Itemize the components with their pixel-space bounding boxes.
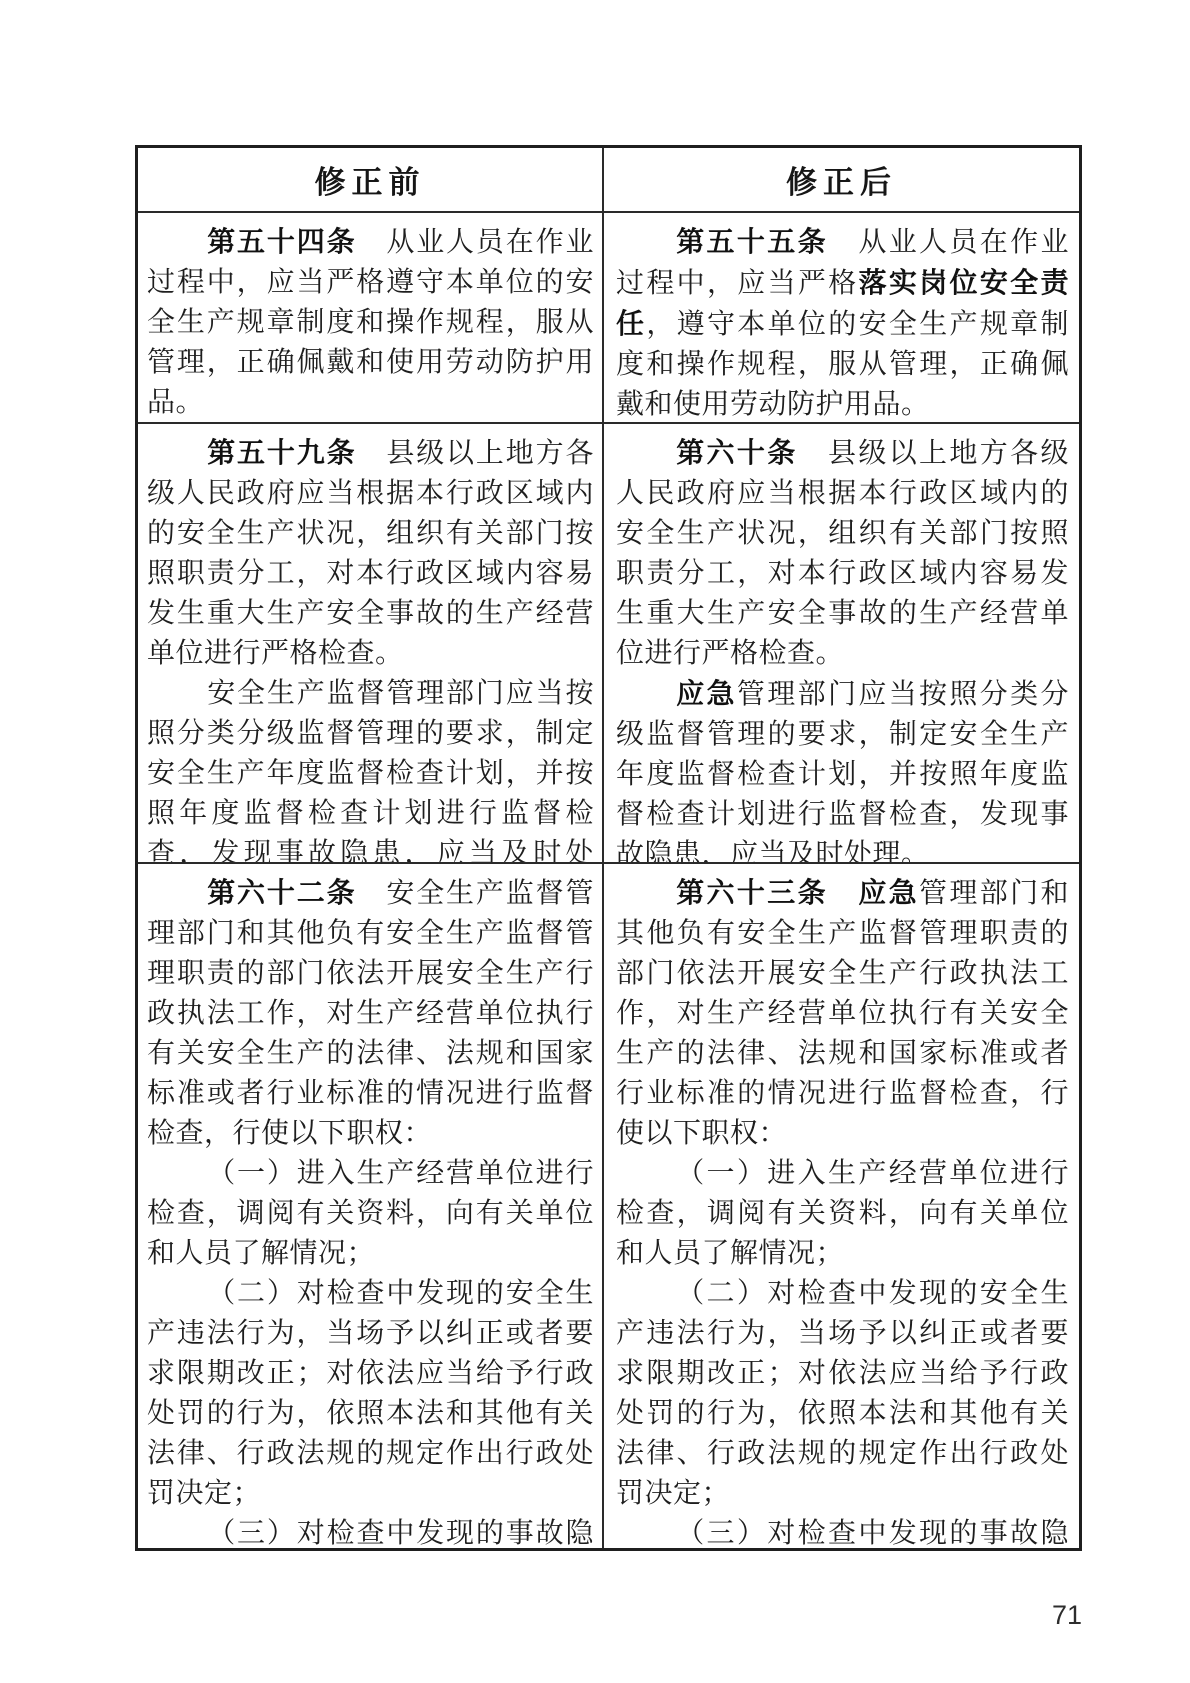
body-text: （一）进入生产经营单位进行检查，调阅有关资料，向有关单位和人员了解情况；	[616, 1158, 1069, 1269]
emphasized-text: 第五十九条	[207, 437, 356, 468]
emphasized-text: 第六十二条	[207, 877, 356, 908]
body-text: 安全生产监督管理部门应当按照分类分级监督管理的要求，制定安全生产年度监督检查计划…	[147, 678, 594, 862]
cell-after-article-60: 第六十条 县级以上地方各级人民政府应当根据本行政区域内的安全生产状况，组织有关部…	[604, 424, 1079, 862]
article-paragraph: 第五十九条 县级以上地方各级人民政府应当根据本行政区域内的安全生产状况，组织有关…	[147, 433, 594, 674]
cell-after-article-55: 第五十五条 从业人员在作业过程中，应当严格落实岗位安全责任，遵守本单位的安全生产…	[604, 213, 1079, 422]
emphasized-text: 第六十三条	[676, 877, 828, 908]
body-text: （二）对检查中发现的安全生产违法行为，当场予以纠正或者要求限期改正；对依法应当给…	[147, 1278, 594, 1509]
amendment-comparison-table: 修正前 修正后 第五十四条 从业人员在作业过程中，应当严格遵守本单位的安全生产规…	[135, 145, 1082, 1551]
article-paragraph: （二）对检查中发现的安全生产违法行为，当场予以纠正或者要求限期改正；对依法应当给…	[616, 1274, 1069, 1514]
table-row-article-54-55: 第五十四条 从业人员在作业过程中，应当严格遵守本单位的安全生产规章制度和操作规程…	[138, 213, 1079, 424]
emphasized-text: 应急	[858, 877, 919, 908]
body-text: （三）对检查中发现的事故隐患，应当责令立即排除；重大事故隐	[147, 1518, 594, 1548]
cell-before-article-62: 第六十二条 安全生产监督管理部门和其他负有安全生产监督管理职责的部门依法开展安全…	[138, 864, 604, 1548]
article-paragraph: 第五十四条 从业人员在作业过程中，应当严格遵守本单位的安全生产规章制度和操作规程…	[147, 222, 594, 422]
article-paragraph: （二）对检查中发现的安全生产违法行为，当场予以纠正或者要求限期改正；对依法应当给…	[147, 1274, 594, 1514]
emphasized-text: 应急	[676, 678, 737, 709]
cell-after-article-63: 第六十三条 应急管理部门和其他负有安全生产监督管理职责的部门依法开展安全生产行政…	[604, 864, 1079, 1548]
table-row-article-59-60: 第五十九条 县级以上地方各级人民政府应当根据本行政区域内的安全生产状况，组织有关…	[138, 424, 1079, 864]
article-paragraph: 第六十三条 应急管理部门和其他负有安全生产监督管理职责的部门依法开展安全生产行政…	[616, 873, 1069, 1154]
column-header-after-amendment: 修正后	[604, 148, 1079, 211]
table-row-article-62-63: 第六十二条 安全生产监督管理部门和其他负有安全生产监督管理职责的部门依法开展安全…	[138, 864, 1079, 1548]
body-text	[828, 878, 858, 909]
body-text: 安全生产监督管理部门和其他负有安全生产监督管理职责的部门依法开展安全生产行政执法…	[147, 878, 594, 1149]
column-header-before-amendment: 修正前	[138, 148, 604, 211]
page-number: 71	[1052, 1600, 1082, 1631]
article-paragraph: （三）对检查中发现的事故隐患，应当责令立即排除；重大事故隐	[147, 1514, 594, 1548]
body-text: （一）进入生产经营单位进行检查，调阅有关资料，向有关单位和人员了解情况；	[147, 1158, 594, 1269]
table-header-row: 修正前 修正后	[138, 148, 1079, 213]
article-paragraph: （一）进入生产经营单位进行检查，调阅有关资料，向有关单位和人员了解情况；	[616, 1154, 1069, 1274]
body-text: （三）对检查中发现的事故隐患，应当责令立即排除；重大事故隐	[616, 1518, 1069, 1548]
article-paragraph: 第六十条 县级以上地方各级人民政府应当根据本行政区域内的安全生产状况，组织有关部…	[616, 433, 1069, 674]
article-paragraph: 第五十五条 从业人员在作业过程中，应当严格落实岗位安全责任，遵守本单位的安全生产…	[616, 222, 1069, 422]
emphasized-text: 第五十四条	[207, 226, 356, 257]
body-text: 管理部门和其他负有安全生产监督管理职责的部门依法开展安全生产行政执法工作，对生产…	[616, 878, 1069, 1149]
cell-before-article-59: 第五十九条 县级以上地方各级人民政府应当根据本行政区域内的安全生产状况，组织有关…	[138, 424, 604, 862]
cell-before-article-54: 第五十四条 从业人员在作业过程中，应当严格遵守本单位的安全生产规章制度和操作规程…	[138, 213, 604, 422]
body-text: 县级以上地方各级人民政府应当根据本行政区域内的安全生产状况，组织有关部门按照职责…	[147, 438, 594, 669]
emphasized-text: 第六十条	[676, 437, 797, 468]
emphasized-text: 第五十五条	[676, 226, 828, 257]
article-paragraph: 第六十二条 安全生产监督管理部门和其他负有安全生产监督管理职责的部门依法开展安全…	[147, 873, 594, 1154]
article-paragraph: （一）进入生产经营单位进行检查，调阅有关资料，向有关单位和人员了解情况；	[147, 1154, 594, 1274]
body-text: ，遵守本单位的安全生产规章制度和操作规程，服从管理，正确佩戴和使用劳动防护用品。	[616, 309, 1069, 420]
body-text: 县级以上地方各级人民政府应当根据本行政区域内的安全生产状况，组织有关部门按照职责…	[616, 438, 1069, 669]
document-page: 修正前 修正后 第五十四条 从业人员在作业过程中，应当严格遵守本单位的安全生产规…	[0, 0, 1190, 1683]
article-paragraph: 安全生产监督管理部门应当按照分类分级监督管理的要求，制定安全生产年度监督检查计划…	[147, 674, 594, 862]
article-paragraph: 应急管理部门应当按照分类分级监督管理的要求，制定安全生产年度监督检查计划，并按照…	[616, 674, 1069, 862]
article-paragraph: （三）对检查中发现的事故隐患，应当责令立即排除；重大事故隐	[616, 1514, 1069, 1548]
body-text: （二）对检查中发现的安全生产违法行为，当场予以纠正或者要求限期改正；对依法应当给…	[616, 1278, 1069, 1509]
